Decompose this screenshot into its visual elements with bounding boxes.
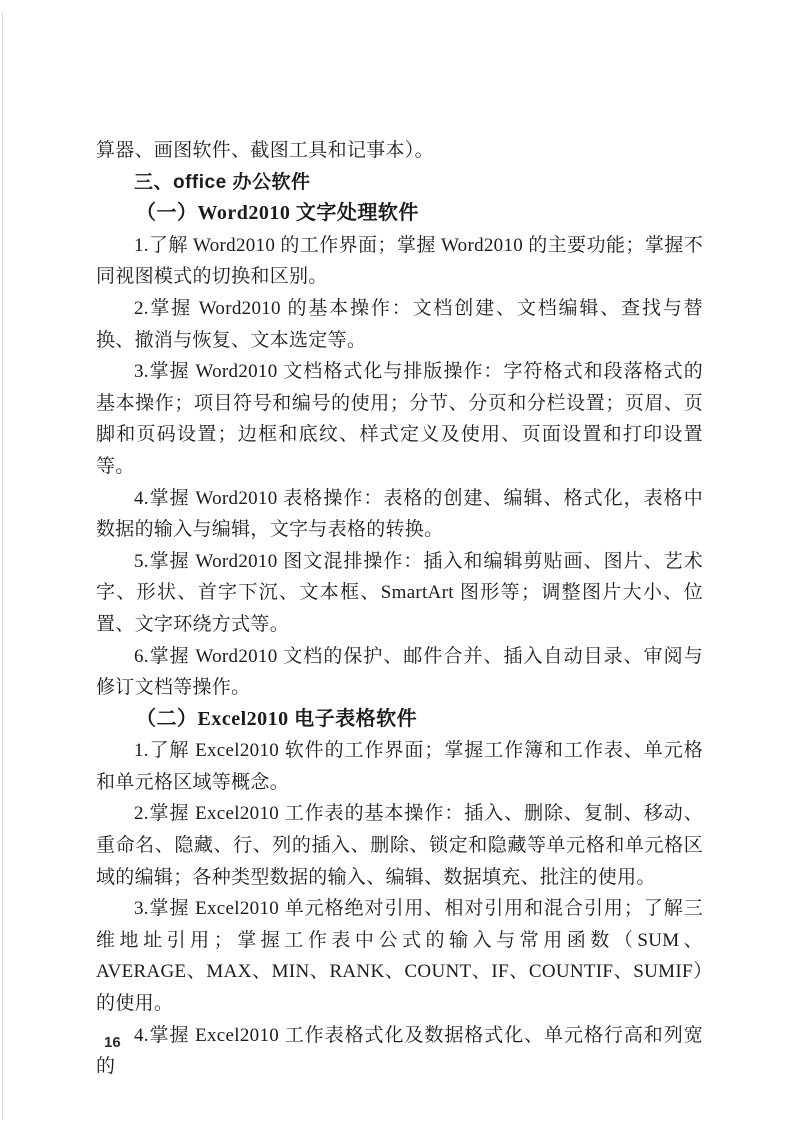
section-heading: 三、office 办公软件 [96,167,703,199]
document-page: { "document": { "blocks": [ { "type": "c… [0,0,793,1122]
paragraph: 4.掌握 Word2010 表格操作：表格的创建、编辑、格式化，表格中数据的输入… [96,483,703,546]
scan-edge-line [2,12,3,1120]
subsection-heading: （二）Excel2010 电子表格软件 [96,704,703,736]
paragraph: 6.掌握 Word2010 文档的保护、邮件合并、插入自动目录、审阅与修订文档等… [96,641,703,704]
paragraph: 5.掌握 Word2010 图文混排操作：插入和编辑剪贴画、图片、艺术字、形状、… [96,546,703,641]
paragraph: 2.掌握 Excel2010 工作表的基本操作：插入、删除、复制、移动、重命名、… [96,798,703,893]
paragraph: 1.了解 Excel2010 软件的工作界面；掌握工作簿和工作表、单元格和单元格… [96,735,703,798]
page-number: 16 [104,1034,121,1051]
document-body: 算器、画图软件、截图工具和记事本）。 三、office 办公软件 （一）Word… [96,135,703,1083]
paragraph: 1.了解 Word2010 的工作界面；掌握 Word2010 的主要功能；掌握… [96,230,703,293]
paragraph: 2.掌握 Word2010 的基本操作：文档创建、文档编辑、查找与替换、撤消与恢… [96,293,703,356]
continuation-line: 算器、画图软件、截图工具和记事本）。 [96,135,703,167]
subsection-heading: （一）Word2010 文字处理软件 [96,198,703,230]
paragraph: 3.掌握 Word2010 文档格式化与排版操作：字符格式和段落格式的基本操作；… [96,356,703,482]
paragraph: 4.掌握 Excel2010 工作表格式化及数据格式化、单元格行高和列宽的 [96,1020,703,1083]
paragraph: 3.掌握 Excel2010 单元格绝对引用、相对引用和混合引用；了解三维地址引… [96,893,703,1019]
